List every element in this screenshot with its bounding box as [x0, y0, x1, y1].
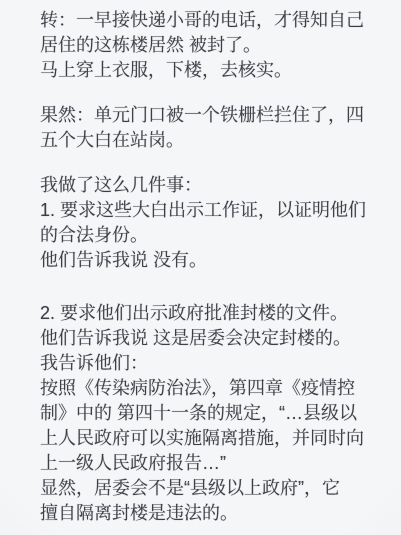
text-line: 我告诉他们： — [40, 351, 373, 376]
text-line: 的合法身份。 — [40, 223, 373, 248]
text-line: 制》中的 第四十一条的规定，“…县级以 — [40, 401, 373, 426]
post-text-page: 转：一早接快递小哥的电话，才得知自己 居住的这栋楼居然 被封了。 马上穿上衣服，… — [0, 0, 401, 535]
text-line: 他们告诉我说 这是居委会决定封楼的。 — [40, 326, 373, 351]
text-line: 2. 要求他们出示政府批准封楼的文件。 — [40, 301, 373, 326]
text-line: 按照《传染病防治法》，第四章《疫情控 — [40, 376, 373, 401]
text-line: 上一级人民政府报告…” — [40, 451, 373, 476]
text-line: 我做了这么几件事： — [40, 173, 373, 198]
text-line: 他们告诉我说 没有。 — [40, 248, 373, 273]
text-line: 显然，居委会不是“县级以上政府”，它 — [40, 476, 373, 501]
text-line: 马上穿上衣服，下楼，去核实。 — [40, 58, 373, 83]
text-line: 居住的这栋楼居然 被封了。 — [40, 33, 373, 58]
text-line: 转：一早接快递小哥的电话，才得知自己 — [40, 8, 373, 33]
text-line: 擅自隔离封楼是违法的。 — [40, 501, 373, 526]
text-line: 果然：单元门口被一个铁栅栏拦住了，四 — [40, 103, 373, 128]
text-line: 1. 要求这些大白出示工作证，以证明他们 — [40, 198, 373, 223]
text-line: 五个大白在站岗。 — [40, 128, 373, 153]
text-line: 上人民政府可以实施隔离措施，并同时向 — [40, 426, 373, 451]
